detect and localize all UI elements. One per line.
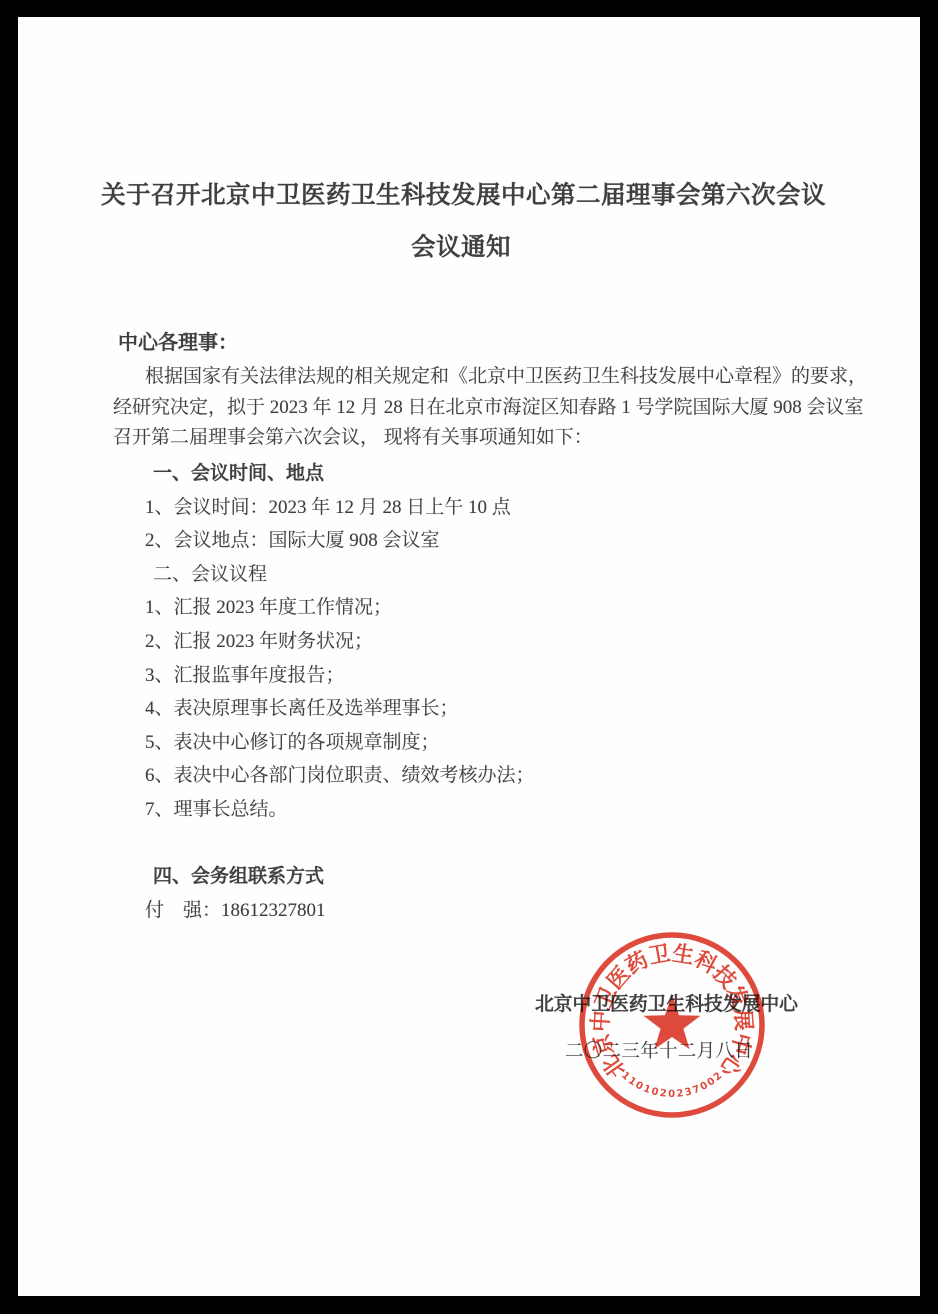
svg-text:1101020237002: 1101020237002 [619, 1070, 724, 1100]
agenda-item-2: 2、汇报 2023 年财务状况； [145, 625, 535, 659]
contact-line: 付 强：18612327801 [145, 894, 535, 928]
official-seal-stamp: 北京中卫医药卫生科技发展中心 1101020237002 [572, 925, 772, 1125]
section-1-item-place: 2、会议地点：国际大厦 908 会议室 [145, 524, 535, 558]
intro-paragraph: 根据国家有关法律法规的相关规定和《北京中卫医药卫生科技发展中心章程》的要求， 经… [113, 362, 867, 454]
paragraph-line-1: 根据国家有关法律法规的相关规定和《北京中卫医药卫生科技发展中心章程》的要求， [113, 362, 867, 393]
title-line-2: 会议通知 [101, 222, 821, 274]
agenda-item-1: 1、汇报 2023 年度工作情况； [145, 591, 535, 625]
title-line-1: 关于召开北京中卫医药卫生科技发展中心第二届理事会第六次会议 [101, 170, 821, 222]
document-title: 关于召开北京中卫医药卫生科技发展中心第二届理事会第六次会议 会议通知 [101, 170, 821, 274]
agenda-item-7: 7、理事长总结。 [145, 793, 535, 827]
salutation: 中心各理事： [118, 330, 238, 356]
seal-serial-number: 1101020237002 [619, 1070, 724, 1100]
agenda-item-6: 6、表决中心各部门岗位职责、绩效考核办法； [145, 759, 535, 793]
seal-star-icon [644, 995, 701, 1049]
agenda-item-3: 3、汇报监事年度报告； [145, 659, 535, 693]
blank-line [145, 827, 535, 861]
agenda-item-5: 5、表决中心修订的各项规章制度； [145, 726, 535, 760]
section-2-heading: 二、会议议程 [145, 558, 535, 592]
meeting-details-list: 一、会议时间、地点 1、会议时间：2023 年 12 月 28 日上午 10 点… [145, 457, 535, 927]
paragraph-line-3: 召开第二届理事会第六次会议， 现将有关事项通知如下： [113, 423, 867, 454]
document-page: 关于召开北京中卫医药卫生科技发展中心第二届理事会第六次会议 会议通知 中心各理事… [18, 17, 920, 1296]
agenda-item-4: 4、表决原理事长离任及选举理事长； [145, 692, 535, 726]
section-1-item-time: 1、会议时间：2023 年 12 月 28 日上午 10 点 [145, 491, 535, 525]
paragraph-line-2: 经研究决定，拟于 2023 年 12 月 28 日在北京市海淀区知春路 1 号学… [113, 393, 867, 424]
section-4-heading: 四、会务组联系方式 [145, 860, 535, 894]
section-1-heading: 一、会议时间、地点 [145, 457, 535, 491]
